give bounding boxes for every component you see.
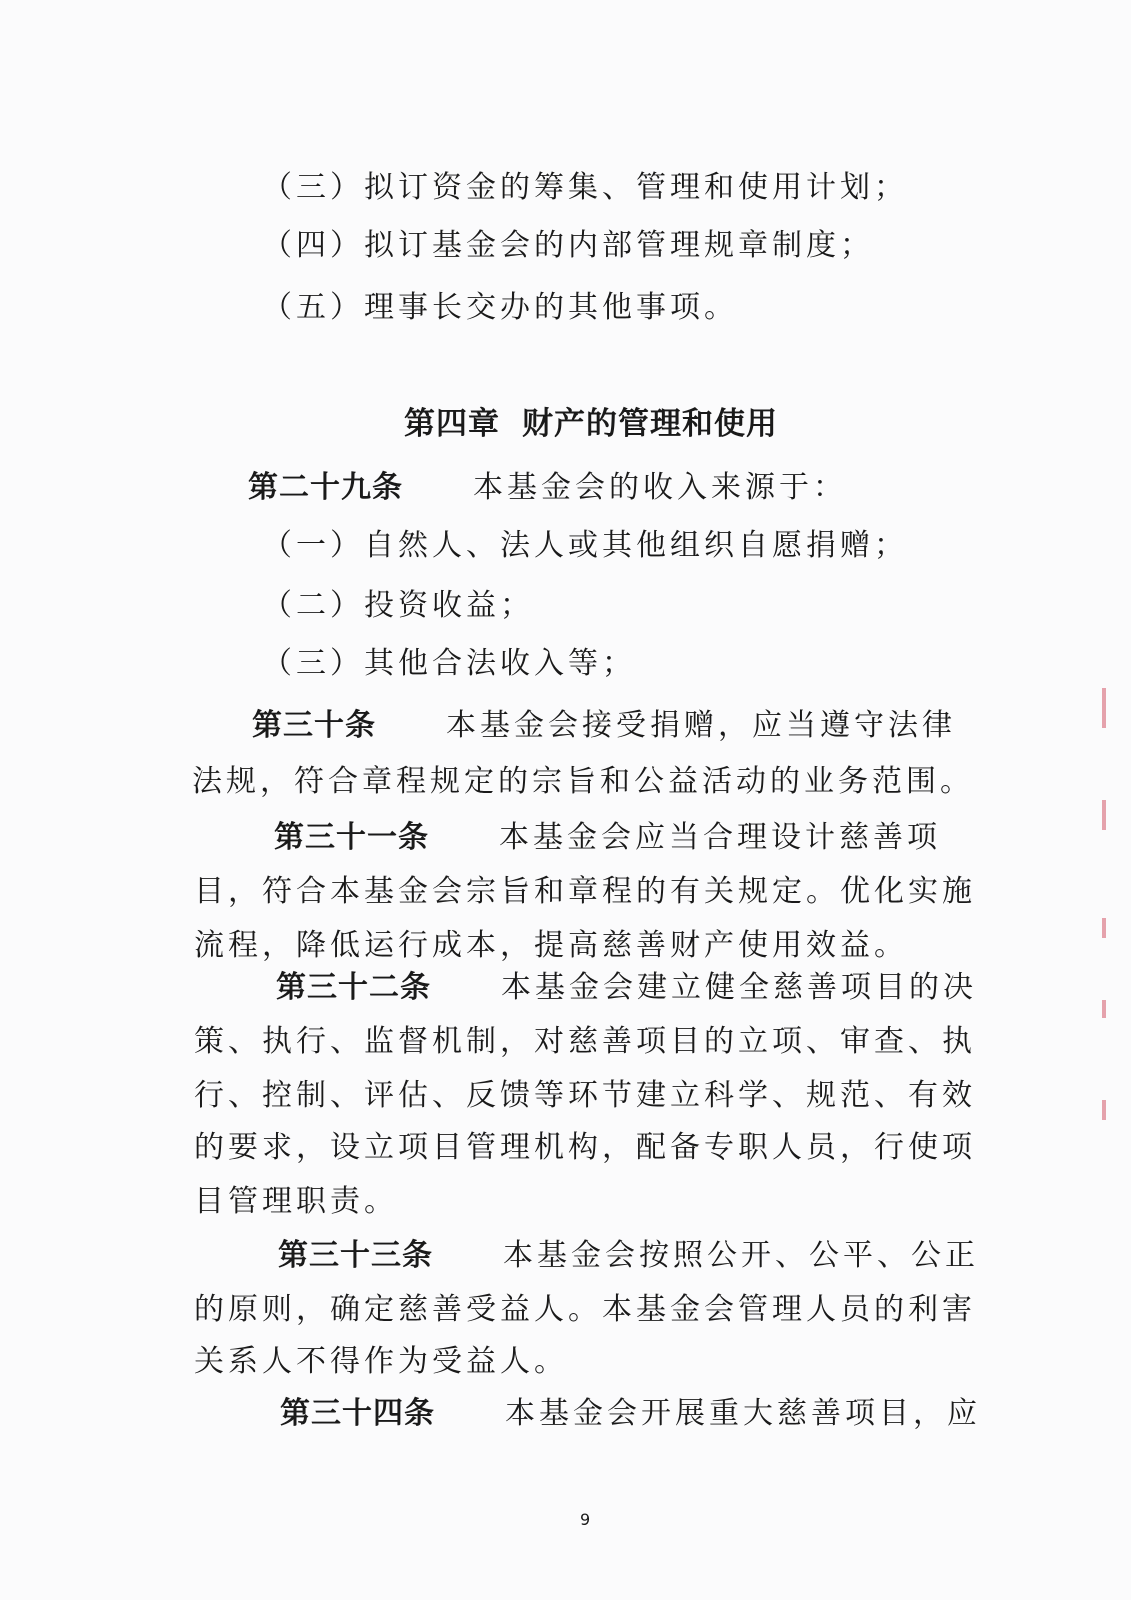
article-label: 第三十三条 (278, 1238, 433, 1273)
article-text: 本基金会按照公开、公平、公正 (503, 1238, 979, 1273)
article-label: 第三十四条 (280, 1396, 435, 1431)
article-text: 本基金会接受捐赠，应当遵守法律 (446, 708, 956, 743)
article-text: 的原则，确定慈善受益人。本基金会管理人员的利害 (194, 1290, 976, 1330)
article-text: 流程，降低运行成本，提高慈善财产使用效益。 (194, 926, 908, 966)
seal-edge-mark (1102, 800, 1106, 830)
article-29: 第二十九条本基金会的收入来源于： (248, 468, 847, 508)
article-text: 行、控制、评估、反馈等环节建立科学、规范、有效 (194, 1076, 976, 1116)
article-32: 第三十二条本基金会建立健全慈善项目的决 (276, 968, 977, 1008)
article-label: 第二十九条 (248, 470, 403, 505)
list-item: （五）理事长交办的其他事项。 (262, 288, 738, 328)
page-number: 9 (580, 1510, 590, 1529)
article-text: 策、执行、监督机制，对慈善项目的立项、审查、执 (194, 1022, 976, 1062)
article-30: 第三十条本基金会接受捐赠，应当遵守法律 (252, 706, 956, 746)
article-31: 第三十一条本基金会应当合理设计慈善项 (274, 818, 941, 858)
seal-edge-mark (1102, 1000, 1106, 1018)
article-label: 第三十一条 (274, 820, 429, 855)
article-text: 法规，符合章程规定的宗旨和公益活动的业务范围。 (192, 762, 974, 802)
seal-edge-mark (1102, 1100, 1106, 1120)
article-text: 本基金会建立健全慈善项目的决 (501, 970, 977, 1005)
article-text: 本基金会应当合理设计慈善项 (499, 820, 941, 855)
article-text: 目，符合本基金会宗旨和章程的有关规定。优化实施 (194, 872, 976, 912)
article-label: 第三十二条 (276, 970, 431, 1005)
article-text: 的要求，设立项目管理机构，配备专职人员，行使项 (194, 1128, 976, 1168)
article-label: 第三十条 (252, 708, 376, 743)
article-34: 第三十四条本基金会开展重大慈善项目，应 (280, 1394, 981, 1434)
list-item: （四）拟订基金会的内部管理规章制度； (262, 226, 874, 266)
article-text: 本基金会的收入来源于： (473, 470, 847, 505)
chapter-heading: 第四章财产的管理和使用 (404, 404, 778, 444)
article-33: 第三十三条本基金会按照公开、公平、公正 (278, 1236, 979, 1276)
list-item: （一）自然人、法人或其他组织自愿捐赠； (262, 526, 908, 566)
seal-edge-mark (1102, 918, 1106, 938)
document-page: （三）拟订资金的筹集、管理和使用计划； （四）拟订基金会的内部管理规章制度； （… (0, 0, 1131, 1600)
chapter-number: 第四章 (404, 406, 500, 442)
article-text: 关系人不得作为受益人。 (194, 1342, 568, 1382)
seal-edge-mark (1102, 688, 1106, 728)
list-item: （三）其他合法收入等； (262, 644, 636, 684)
list-item: （三）拟订资金的筹集、管理和使用计划； (262, 168, 908, 208)
article-text: 本基金会开展重大慈善项目，应 (505, 1396, 981, 1431)
list-item: （二）投资收益； (262, 586, 534, 626)
article-text: 目管理职责。 (194, 1182, 398, 1222)
chapter-title: 财产的管理和使用 (522, 406, 778, 442)
